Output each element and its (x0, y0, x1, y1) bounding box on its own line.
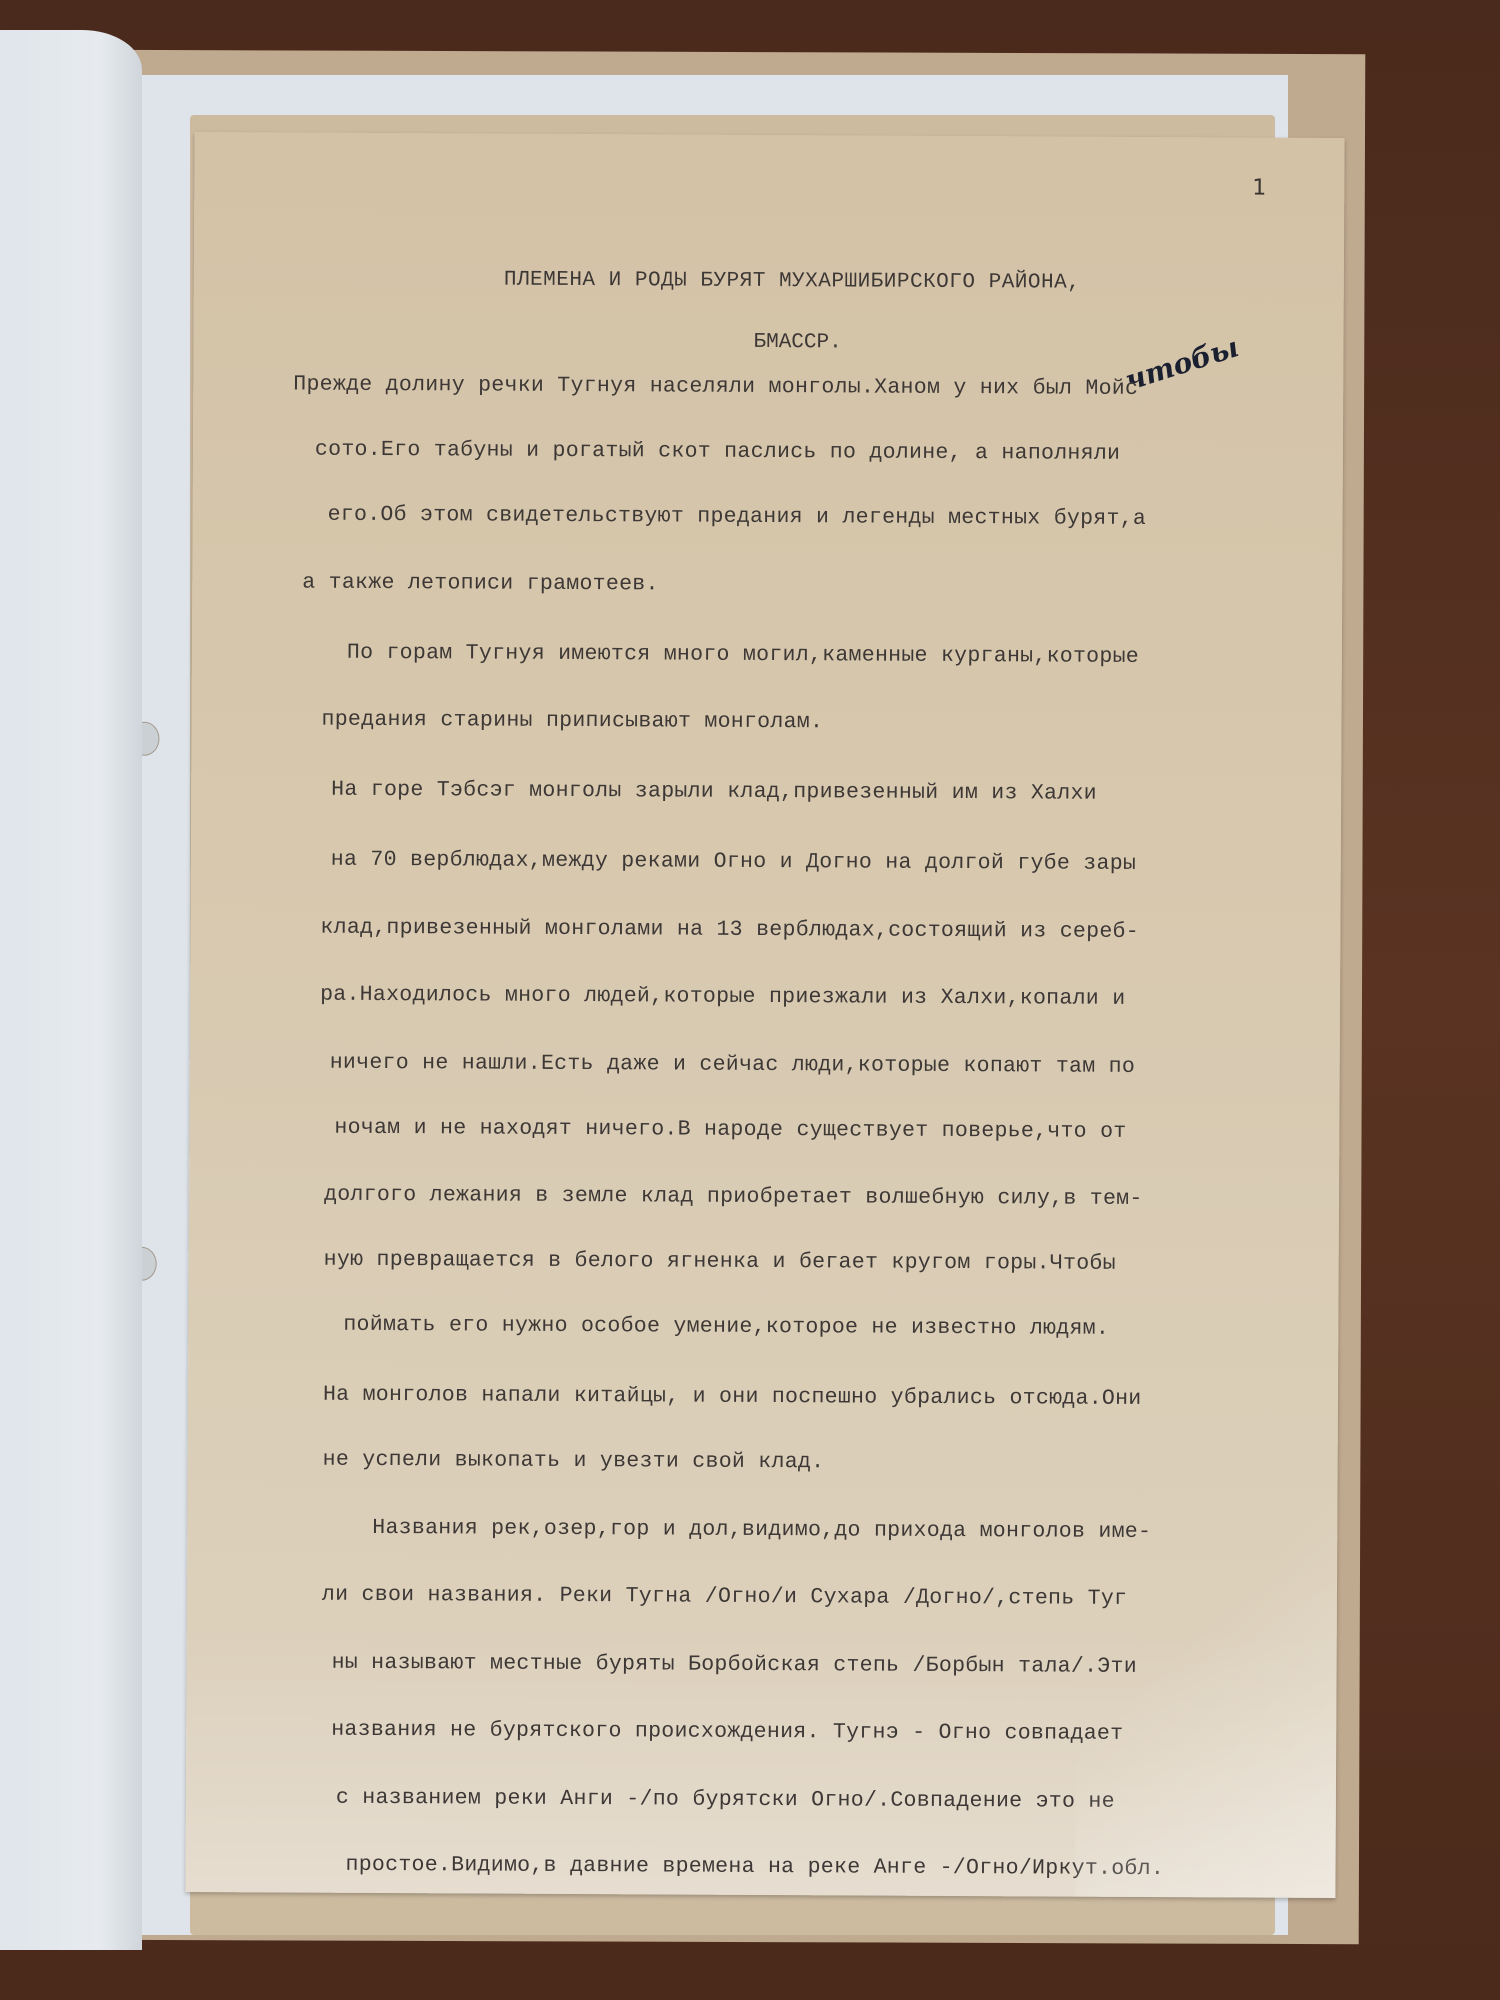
text-line: с названием реки Анги -/по бурятски Огно… (336, 1786, 1115, 1814)
text-line: На монголов напали китайцы, и они поспеш… (323, 1383, 1142, 1411)
text-line: ничего не нашли.Есть даже и сейчас люди,… (330, 1051, 1135, 1079)
text-line: сото.Его табуны и рогатый скот паслись п… (315, 438, 1120, 466)
document-body: ПЛЕМЕНА И РОДЫ БУРЯТ МУХАРШИБИРСКОГО РАЙ… (185, 132, 1344, 1898)
text-line: ную превращается в белого ягненка и бега… (324, 1248, 1116, 1276)
text-line: не успели выкопать и увезти свой клад. (323, 1448, 825, 1475)
text-line: предания старины приписывают монголам. (321, 708, 823, 735)
text-line: поймать его нужно особое умение,которое … (343, 1313, 1109, 1341)
text-line: Названия рек,озер,гор и дол,видимо,до пр… (372, 1516, 1151, 1544)
text-line: долгого лежания в земле клад приобретает… (324, 1183, 1143, 1211)
text-line: ли свои названия. Реки Тугна /Огно/и Сух… (322, 1583, 1127, 1611)
handwritten-annotation: чтобы (1121, 330, 1243, 397)
text-line: его.Об этом свидетельствуют предания и л… (328, 503, 1147, 531)
text-line: а также летописи грамотеев. (302, 571, 659, 597)
typewritten-page: 1 ПЛЕМЕНА И РОДЫ БУРЯТ МУХАРШИБИРСКОГО Р… (185, 132, 1344, 1898)
text-line: ны называют местные буряты Борбойская ст… (332, 1651, 1137, 1679)
text-line: По горам Тугнуя имеются много могил,каме… (347, 641, 1139, 669)
text-line: ночам и не находят ничего.В народе сущес… (334, 1116, 1126, 1144)
document-title: ПЛЕМЕНА И РОДЫ БУРЯТ МУХАРШИБИРСКОГО РАЙ… (504, 269, 1081, 295)
document-subtitle: БМАССР. (753, 331, 841, 354)
text-line: На горе Тэбсэг монголы зарыли клад,приве… (331, 778, 1097, 806)
text-line: ра.Находилось много людей,которые приезж… (320, 983, 1125, 1011)
left-facing-page (0, 30, 142, 1950)
text-line: клад,привезенный монголами на 13 верблюд… (320, 916, 1139, 944)
text-line: названия не бурятского происхождения. Ту… (331, 1718, 1123, 1746)
text-line: Прежде долину речки Тугнуя населяли монг… (293, 373, 1138, 401)
text-line: простое.Видимо,в давние времена на реке … (345, 1853, 1164, 1881)
text-line: на 70 верблюдах,между реками Огно и Догн… (331, 848, 1136, 876)
